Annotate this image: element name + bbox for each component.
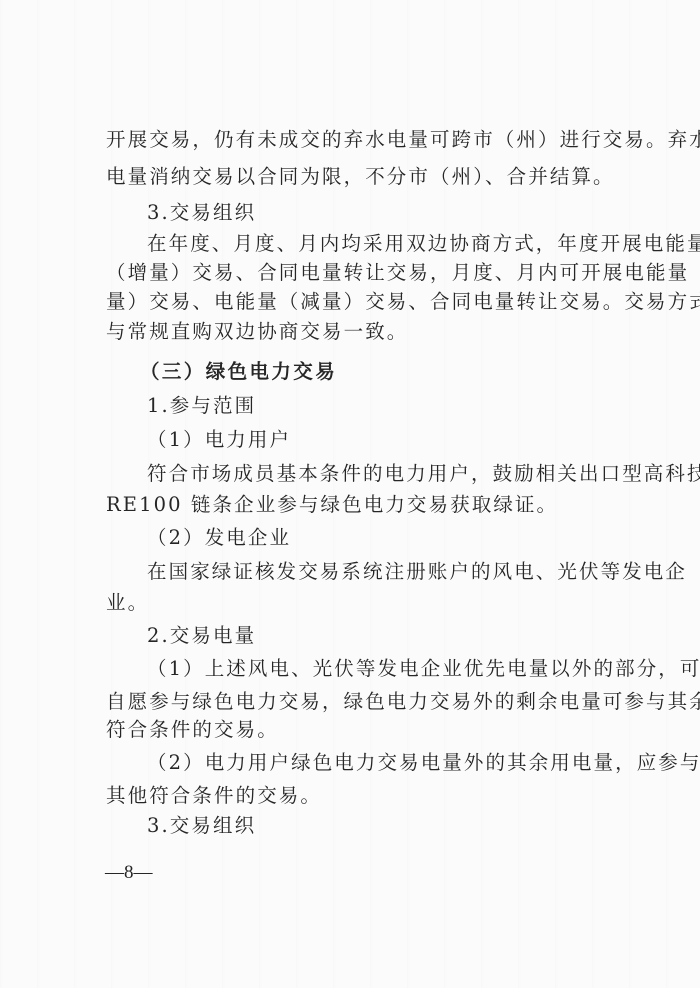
paragraph-line: RE100 链条企业参与绿色电力交易获取绿证。 bbox=[106, 493, 616, 517]
document-page: 开展交易，仍有未成交的弃水电量可跨市（州）进行交易。弃水 电量消纳交易以合同为限… bbox=[0, 0, 700, 988]
paragraph-line: 业。 bbox=[106, 591, 616, 615]
paragraph-line: （1）上述风电、光伏等发电企业优先电量以外的部分，可 bbox=[147, 657, 657, 681]
paragraph-line: 其他符合条件的交易。 bbox=[106, 784, 616, 808]
subsection-heading: 3.交易组织 bbox=[147, 201, 657, 225]
paragraph-line: 量）交易、电能量（减量）交易、合同电量转让交易。交易方式 bbox=[106, 290, 616, 314]
paragraph-line: 自愿参与绿色电力交易，绿色电力交易外的剩余电量可参与其余 bbox=[106, 690, 616, 714]
subsection-heading: 3.交易组织 bbox=[147, 814, 657, 838]
paragraph-line: 电量消纳交易以合同为限，不分市（州）、合并结算。 bbox=[106, 165, 616, 189]
subsection-heading: 2.交易电量 bbox=[147, 624, 657, 648]
paragraph-line: 在年度、月度、月内均采用双边协商方式，年度开展电能量 bbox=[147, 232, 657, 256]
subsection-heading: 1.参与范围 bbox=[147, 394, 657, 418]
item-heading: （1）电力用户 bbox=[147, 428, 657, 452]
item-heading: （2）发电企业 bbox=[147, 526, 657, 550]
page-number: —8— bbox=[105, 861, 153, 885]
paragraph-line: 符合条件的交易。 bbox=[106, 718, 616, 742]
paragraph-line: （2）电力用户绿色电力交易电量外的其余用电量，应参与 bbox=[147, 751, 657, 775]
paragraph-line: 在国家绿证核发交易系统注册账户的风电、光伏等发电企 bbox=[147, 560, 657, 584]
paragraph-line: 开展交易，仍有未成交的弃水电量可跨市（州）进行交易。弃水 bbox=[106, 128, 616, 152]
paragraph-line: （增量）交易、合同电量转让交易，月度、月内可开展电能量（增 bbox=[106, 261, 616, 285]
section-heading: （三）绿色电力交易 bbox=[140, 360, 650, 384]
paragraph-line: 符合市场成员基本条件的电力用户，鼓励相关出口型高科技 bbox=[147, 462, 657, 486]
paragraph-line: 与常规直购双边协商交易一致。 bbox=[106, 320, 616, 344]
